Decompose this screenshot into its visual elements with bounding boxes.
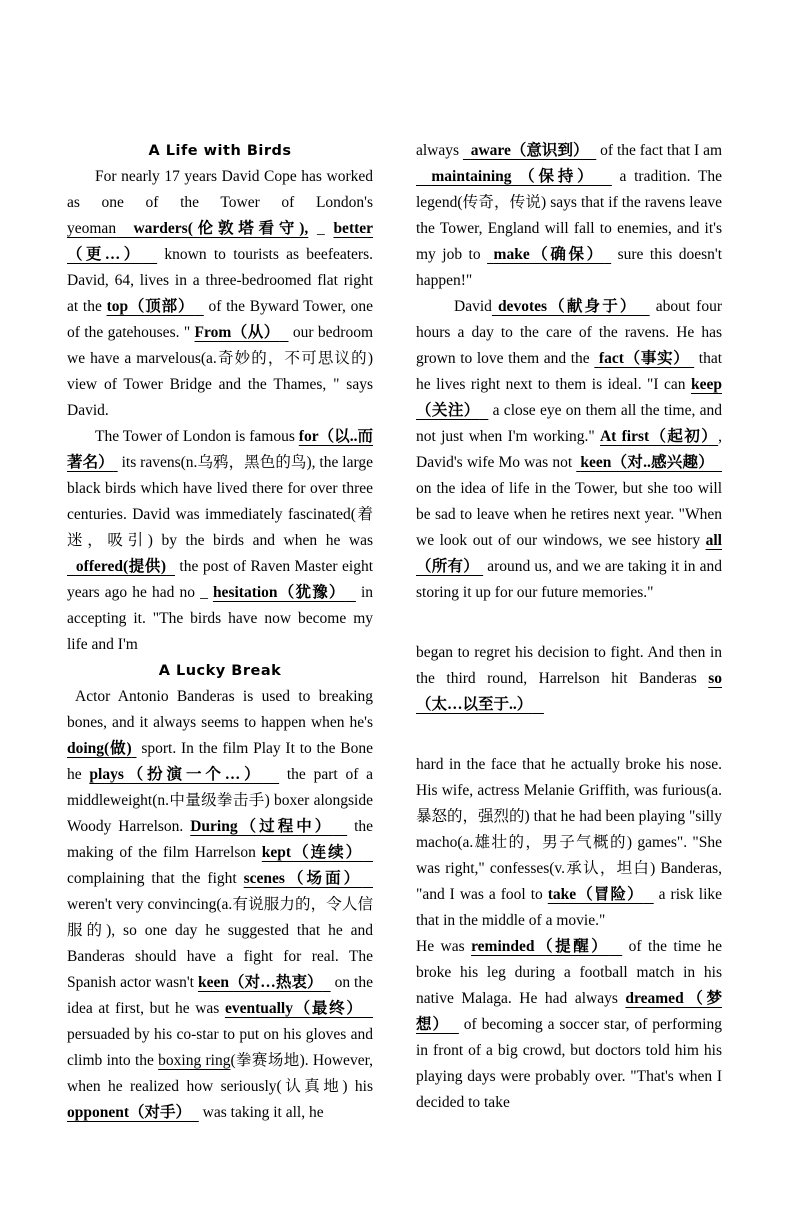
paragraph: hard in the face that he actually broke … <box>416 752 722 934</box>
gap-fill-answer: At first（起初） <box>600 428 718 445</box>
body-text: on the idea of life in the Tower, but sh… <box>416 480 722 549</box>
gap-fill-answer: From（从） <box>195 324 280 341</box>
body-text: For nearly 17 years David Cope has worke… <box>67 168 373 211</box>
gap-fill-answer: hesitation（犹豫） <box>213 584 346 601</box>
gap-fill-answer <box>191 1104 199 1121</box>
gap-fill-answer: warders(伦敦塔看守), <box>133 220 308 237</box>
gap-fill-answer: eventually（最终） <box>225 1000 364 1017</box>
gap-fill-answer: boxing ring <box>158 1052 230 1069</box>
gap-fill-answer <box>714 454 722 471</box>
gap-fill-answer <box>416 168 431 185</box>
gap-fill-answer <box>143 246 158 263</box>
body-text: was taking it all, he <box>199 1104 324 1121</box>
gap-fill-answer: offered(提供) <box>76 558 166 575</box>
text-column-left: A Life with BirdsFor nearly 17 years Dav… <box>67 138 373 1126</box>
gap-fill-answer: kept（连续） <box>262 844 363 861</box>
gap-fill-answer <box>364 1000 373 1017</box>
gap-fill-answer <box>333 818 347 835</box>
gap-fill-answer <box>449 1016 459 1033</box>
gap-fill-answer: plays（扮演一个…） <box>89 766 263 783</box>
gap-fill-answer: During（过程中） <box>190 818 333 835</box>
paragraph: He was reminded（提醒） of the time he broke… <box>416 934 722 1116</box>
gap-fill-answer: keen（对…热衷） <box>198 974 323 991</box>
body-text: of becoming a soccer star, of performing… <box>416 1016 722 1111</box>
gap-fill-answer: yeoman <box>67 220 116 237</box>
document-page: A Life with BirdsFor nearly 17 years Dav… <box>0 0 800 1231</box>
text-column-right: always aware（意识到） of the fact that I am … <box>416 138 722 1116</box>
gap-fill-answer: make（确保） <box>494 246 605 263</box>
paragraph: began to regret his decision to fight. A… <box>416 640 722 718</box>
gap-fill-answer <box>362 870 373 887</box>
gap-fill-answer: top（顶部） <box>107 298 195 315</box>
gap-fill-answer <box>194 298 203 315</box>
gap-fill-answer <box>116 220 133 237</box>
gap-fill-answer <box>609 938 622 955</box>
gap-fill-answer: doing(做) <box>67 740 132 757</box>
gap-fill-answer: aware（意识到） <box>471 142 589 159</box>
body-text: complaining that the fight <box>67 870 244 887</box>
body-text: The Tower of London is famous <box>95 428 299 445</box>
section-heading: A Lucky Break <box>67 658 373 684</box>
body-text: began to regret his decision to fight. A… <box>416 644 722 687</box>
paragraph: David devotes（献身于） about four hours a da… <box>416 294 722 606</box>
paragraph: Actor Antonio Banderas is used to breaki… <box>67 684 373 1126</box>
gap-fill-answer <box>363 844 373 861</box>
body-text: hard in the face that he actually broke … <box>416 756 722 903</box>
gap-fill-answer <box>280 324 289 341</box>
gap-fill-answer: take（冒险） <box>548 886 644 903</box>
paragraph: The Tower of London is famous for（以..而著名… <box>67 424 373 658</box>
gap-fill-answer: reminded（提醒） <box>471 938 609 955</box>
gap-fill-answer <box>264 766 280 783</box>
body-text: He was <box>416 938 471 955</box>
gap-fill-answer <box>638 298 650 315</box>
body-text: always <box>416 142 463 159</box>
paragraph: always aware（意识到） of the fact that I am … <box>416 138 722 294</box>
gap-fill-answer: devotes（献身于） <box>498 298 638 315</box>
paragraph: For nearly 17 years David Cope has worke… <box>67 164 373 424</box>
section-heading: A Life with Birds <box>67 138 373 164</box>
body-text: Actor Antonio Banderas is used to breaki… <box>67 688 373 731</box>
body-text: of the fact that I am <box>596 142 722 159</box>
gap-fill-answer <box>463 142 471 159</box>
gap-fill-answer: maintaining （保持） <box>431 168 596 185</box>
gap-fill-answer <box>166 558 175 575</box>
gap-fill-answer: opponent（对手） <box>67 1104 191 1121</box>
body-text: David <box>454 298 492 315</box>
gap-fill-answer: keen（对..感兴趣） <box>580 454 714 471</box>
gap-fill-answer <box>644 886 654 903</box>
gap-fill-answer <box>596 168 611 185</box>
gap-fill-answer <box>346 584 356 601</box>
gap-fill-answer: fact（事实） <box>599 350 690 367</box>
gap-fill-answer <box>67 558 76 575</box>
gap-fill-answer: scenes（场面） <box>244 870 363 887</box>
gap-fill-answer <box>323 974 331 991</box>
body-text: _ <box>308 220 333 237</box>
gap-fill-answer <box>532 696 544 713</box>
